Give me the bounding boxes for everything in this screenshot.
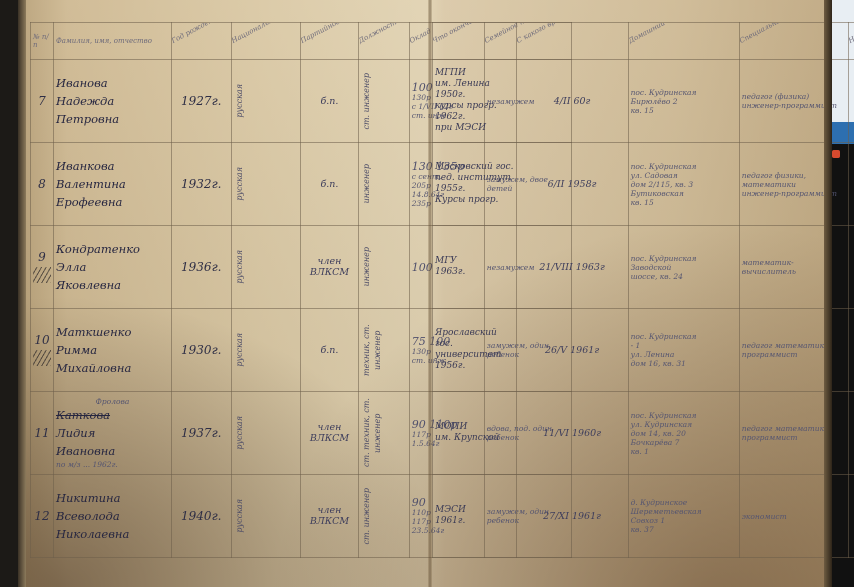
specialty-cell: экономист bbox=[739, 475, 848, 558]
nationality-cell: русская bbox=[231, 309, 300, 392]
patronymic: Ивановна bbox=[56, 442, 169, 460]
header-education: Что окончил и когда bbox=[433, 23, 517, 60]
line-text: Совхоз 1 bbox=[631, 516, 737, 525]
right-page-table: Что окончил и когда С какого времени раб… bbox=[432, 22, 854, 558]
nationality-cell: русская bbox=[231, 226, 300, 309]
full-name-cell: КондратенкоЭллаЯковлевна bbox=[54, 226, 172, 309]
education-cell: Московский гос.пед. институт1955г.Курсы … bbox=[433, 143, 517, 226]
table-row: МГПИим. Ленина1950г.курсы прогр.1962г.пр… bbox=[433, 60, 854, 143]
surname: Никитина bbox=[56, 489, 169, 507]
nationality-cell: русская bbox=[231, 475, 300, 558]
surname: Иванова bbox=[56, 74, 169, 92]
awards-cell bbox=[848, 392, 854, 475]
line-text: кв. 37 bbox=[631, 525, 737, 534]
start-date-cell: 4/II 60г bbox=[516, 60, 628, 143]
surname: Каткова bbox=[56, 406, 169, 424]
start-date-cell: 21/VIII 1963г bbox=[516, 226, 628, 309]
hatch-mark bbox=[33, 350, 51, 366]
birth-year: 1937г. bbox=[181, 426, 221, 440]
surname-correction: Фролова bbox=[56, 397, 169, 406]
line-text: ул. Ленина bbox=[631, 350, 737, 359]
nationality: русская bbox=[234, 333, 245, 367]
line-text: МОПИ bbox=[435, 422, 514, 433]
nationality: русская bbox=[234, 499, 245, 533]
line-text: 1956г. bbox=[435, 361, 514, 372]
table-row: МГУ1963г.21/VIII 1963гпос. КудринскаяЗав… bbox=[433, 226, 854, 309]
address-cell: пос. Кудринскаяул. Кудринскаядом 14, кв.… bbox=[628, 392, 739, 475]
birth-year: 1940г. bbox=[181, 509, 221, 523]
nationality-cell: русская bbox=[231, 60, 300, 143]
first-name: Элла bbox=[56, 258, 169, 276]
line-text: при МЭСИ bbox=[435, 123, 514, 134]
birth-year-cell: 1930г. bbox=[172, 309, 232, 392]
party: б.п. bbox=[320, 345, 338, 356]
line-text: 1950г. bbox=[435, 90, 514, 101]
line-text: дом 16, кв. 31 bbox=[631, 359, 737, 368]
awards-cell bbox=[848, 475, 854, 558]
line-text: гос. университет bbox=[435, 339, 514, 361]
start-date-cell: 27/XI 1961г bbox=[516, 475, 628, 558]
nationality: русская bbox=[234, 250, 245, 284]
birth-year: 1932г. bbox=[181, 177, 221, 191]
specialty-cell: педагог математикипрограммист bbox=[739, 309, 848, 392]
row-number: 11 bbox=[33, 428, 51, 439]
position-cell: инженер bbox=[359, 226, 410, 309]
first-name: Валентина bbox=[56, 175, 169, 193]
position: инженер bbox=[361, 247, 372, 286]
header-number: № п/п bbox=[31, 23, 54, 60]
party: б.п. bbox=[320, 96, 338, 107]
line-text: 1962г. bbox=[435, 112, 514, 123]
line-text: пос. Кудринская bbox=[631, 332, 737, 341]
address-cell: пос. КудринскаяБирюлёво 2кв. 15 bbox=[628, 60, 739, 143]
party: член ВЛКСМ bbox=[310, 256, 349, 278]
party-cell: член ВЛКСМ bbox=[300, 475, 359, 558]
line-text: им. Крупской bbox=[435, 433, 514, 444]
position-cell: инженер bbox=[359, 143, 410, 226]
line-text: д. Кудринское bbox=[631, 498, 737, 507]
start-date: 26/V 1961г bbox=[545, 345, 599, 356]
start-date-cell: 6/II 1958г bbox=[516, 143, 628, 226]
book-gutter bbox=[428, 0, 432, 587]
birth-year: 1930г. bbox=[181, 343, 221, 357]
table-row: МЭСИ1961г.27/XI 1961гд. КудринскоеШереме… bbox=[433, 475, 854, 558]
line-text: 1963г. bbox=[435, 267, 514, 278]
row-number-cell: 8 bbox=[31, 143, 54, 226]
line-text: - 1 bbox=[631, 341, 737, 350]
first-name: Надежда bbox=[56, 92, 169, 110]
address-cell: пос. Кудринскаяул. Садоваядом 2/115, кв.… bbox=[628, 143, 739, 226]
line-text: кв. 15 bbox=[631, 198, 737, 207]
specialty-cell: математик-вычислитель bbox=[739, 226, 848, 309]
specialty-cell: педагог физики, математикиинженер-програ… bbox=[739, 143, 848, 226]
position-cell: ст. инженер bbox=[359, 60, 410, 143]
row-number: 9 bbox=[33, 252, 51, 263]
address-cell: д. КудринскоеШереметьевскаяСовхоз 1кв. 3… bbox=[628, 475, 739, 558]
first-name: Римма bbox=[56, 341, 169, 359]
surname: Иванкова bbox=[56, 157, 169, 175]
party-cell: б.п. bbox=[300, 60, 359, 143]
header-birth-year: Год рождения bbox=[172, 23, 232, 60]
line-text: 1955г. bbox=[435, 184, 514, 195]
party-cell: член ВЛКСМ bbox=[300, 392, 359, 475]
line-text: МЭСИ bbox=[435, 505, 514, 516]
specialty-cell: педагог (физика)инженер-программист bbox=[739, 60, 848, 143]
row-number: 7 bbox=[33, 96, 51, 107]
awards-cell bbox=[848, 60, 854, 143]
first-name: Всеволода bbox=[56, 507, 169, 525]
line-text: пос. Кудринская bbox=[631, 88, 737, 97]
start-date-cell: 26/V 1961г bbox=[516, 309, 628, 392]
birth-year-cell: 1936г. bbox=[172, 226, 232, 309]
nationality-cell: русская bbox=[231, 143, 300, 226]
line-text: Курсы прогр. bbox=[435, 195, 514, 206]
line-text: дом 2/115, кв. 3 bbox=[631, 180, 737, 189]
line-text: МГПИ bbox=[435, 68, 514, 79]
birth-year: 1927г. bbox=[181, 94, 221, 108]
start-date: 11/VI 1960г bbox=[543, 428, 601, 439]
row-number-cell: 7 bbox=[31, 60, 54, 143]
nationality-cell: русская bbox=[231, 392, 300, 475]
line-text: МГУ bbox=[435, 256, 514, 267]
name-note: по м/з ... 1962г. bbox=[56, 460, 169, 469]
table-row: МОПИим. Крупской11/VI 1960гпос. Кудринск… bbox=[433, 392, 854, 475]
line-text: Шереметьевская bbox=[631, 507, 737, 516]
line-text: Бирюлёво 2 bbox=[631, 97, 737, 106]
nationality: русская bbox=[234, 416, 245, 450]
line-text: Московский гос. bbox=[435, 162, 514, 173]
start-date: 27/XI 1961г bbox=[543, 511, 601, 522]
patronymic: Николаевна bbox=[56, 525, 169, 543]
patronymic: Ерофеевна bbox=[56, 193, 169, 211]
address-cell: пос. Кудринская- 1ул. Ленинадом 16, кв. … bbox=[628, 309, 739, 392]
education-cell: МГПИим. Ленина1950г.курсы прогр.1962г.пр… bbox=[433, 60, 517, 143]
table-row: Московский гос.пед. институт1955г.Курсы … bbox=[433, 143, 854, 226]
nationality: русская bbox=[234, 167, 245, 201]
line-text: кв. 15 bbox=[631, 106, 737, 115]
line-text: 1961г. bbox=[435, 516, 514, 527]
line-text: Бочкарёва 7 bbox=[631, 438, 737, 447]
education-cell: МОПИим. Крупской bbox=[433, 392, 517, 475]
surname: Кондратенко bbox=[56, 240, 169, 258]
first-name: Лидия bbox=[56, 424, 169, 442]
surname: Маткшенко bbox=[56, 323, 169, 341]
header-awards: Награды, поощрения bbox=[848, 23, 854, 60]
start-date-cell: 11/VI 1960г bbox=[516, 392, 628, 475]
row-number: 8 bbox=[33, 179, 51, 190]
nationality: русская bbox=[234, 84, 245, 118]
patronymic: Яковлевна bbox=[56, 276, 169, 294]
position: техник, ст. инженер bbox=[361, 310, 383, 390]
position: инженер bbox=[361, 164, 372, 203]
party: б.п. bbox=[320, 179, 338, 190]
education-cell: МГУ1963г. bbox=[433, 226, 517, 309]
party: член ВЛКСМ bbox=[310, 505, 349, 527]
full-name-cell: НикитинаВсеволодаНиколаевна bbox=[54, 475, 172, 558]
header-specialty: Специальность по диплому bbox=[739, 23, 848, 60]
line-text: ул. Кудринская bbox=[631, 420, 737, 429]
line-text: курсы прогр. bbox=[435, 101, 514, 112]
birth-year-cell: 1932г. bbox=[172, 143, 232, 226]
table-row: Ярославскийгос. университет1956г.26/V 19… bbox=[433, 309, 854, 392]
row-number-cell: 11 bbox=[31, 392, 54, 475]
party-cell: б.п. bbox=[300, 143, 359, 226]
party-cell: член ВЛКСМ bbox=[300, 226, 359, 309]
book-edge-right bbox=[824, 0, 832, 587]
header-full-name: Фамилия, имя, отчество bbox=[54, 23, 172, 60]
birth-year: 1936г. bbox=[181, 260, 221, 274]
education-cell: Ярославскийгос. университет1956г. bbox=[433, 309, 517, 392]
address-cell: пос. КудринскаяЗаводскойшоссе, кв. 24 bbox=[628, 226, 739, 309]
header-party: Партийность bbox=[300, 23, 359, 60]
header-nationality: Национальность bbox=[231, 23, 300, 60]
awards-cell bbox=[848, 309, 854, 392]
full-name-cell: ФроловаКатковаЛидияИвановнапо м/з ... 19… bbox=[54, 392, 172, 475]
patronymic: Петровна bbox=[56, 110, 169, 128]
party: член ВЛКСМ bbox=[310, 422, 349, 444]
row-number-cell: 10 bbox=[31, 309, 54, 392]
position: ст. инженер bbox=[361, 73, 372, 130]
line-text: Ярославский bbox=[435, 328, 514, 339]
line-text: Бутиковская bbox=[631, 189, 737, 198]
line-text: Заводской bbox=[631, 263, 737, 272]
start-date: 21/VIII 1963г bbox=[539, 262, 604, 273]
position-cell: ст. инженер bbox=[359, 475, 410, 558]
awards-cell bbox=[848, 226, 854, 309]
book-edge-left bbox=[18, 0, 26, 587]
right-header-row: Что окончил и когда С какого времени раб… bbox=[433, 23, 854, 60]
header-start-date: С какого времени работает bbox=[516, 23, 628, 60]
education-cell: МЭСИ1961г. bbox=[433, 475, 517, 558]
patronymic: Михайловна bbox=[56, 359, 169, 377]
line-text: дом 14, кв. 20 bbox=[631, 429, 737, 438]
header-position: Должность bbox=[359, 23, 410, 60]
row-number-cell: 12 bbox=[31, 475, 54, 558]
awards-cell bbox=[848, 143, 854, 226]
position: ст. инженер bbox=[361, 488, 372, 545]
position-cell: техник, ст. инженер bbox=[359, 309, 410, 392]
row-number: 12 bbox=[33, 511, 51, 522]
line-text: пос. Кудринская bbox=[631, 411, 737, 420]
birth-year-cell: 1940г. bbox=[172, 475, 232, 558]
line-text: ул. Садовая bbox=[631, 171, 737, 180]
line-text: пед. институт bbox=[435, 173, 514, 184]
header-address: Домашний адрес и телефон bbox=[628, 23, 739, 60]
line-text: кв. 1 bbox=[631, 447, 737, 456]
row-number-cell: 9 bbox=[31, 226, 54, 309]
party-cell: б.п. bbox=[300, 309, 359, 392]
full-name-cell: МаткшенкоРиммаМихайловна bbox=[54, 309, 172, 392]
full-name-cell: ИванковаВалентинаЕрофеевна bbox=[54, 143, 172, 226]
line-text: шоссе, кв. 24 bbox=[631, 272, 737, 281]
hatch-mark bbox=[33, 267, 51, 283]
birth-year-cell: 1927г. bbox=[172, 60, 232, 143]
line-text: пос. Кудринская bbox=[631, 162, 737, 171]
full-name-cell: ИвановаНадеждаПетровна bbox=[54, 60, 172, 143]
start-date: 6/II 1958г bbox=[548, 179, 597, 190]
position: ст. техник, ст. инженер bbox=[361, 393, 383, 473]
birth-year-cell: 1937г. bbox=[172, 392, 232, 475]
row-number: 10 bbox=[33, 335, 51, 346]
line-text: пос. Кудринская bbox=[631, 254, 737, 263]
position-cell: ст. техник, ст. инженер bbox=[359, 392, 410, 475]
start-date: 4/II 60г bbox=[554, 96, 591, 107]
specialty-cell: педагог математикипрограммист bbox=[739, 392, 848, 475]
line-text: им. Ленина bbox=[435, 79, 514, 90]
